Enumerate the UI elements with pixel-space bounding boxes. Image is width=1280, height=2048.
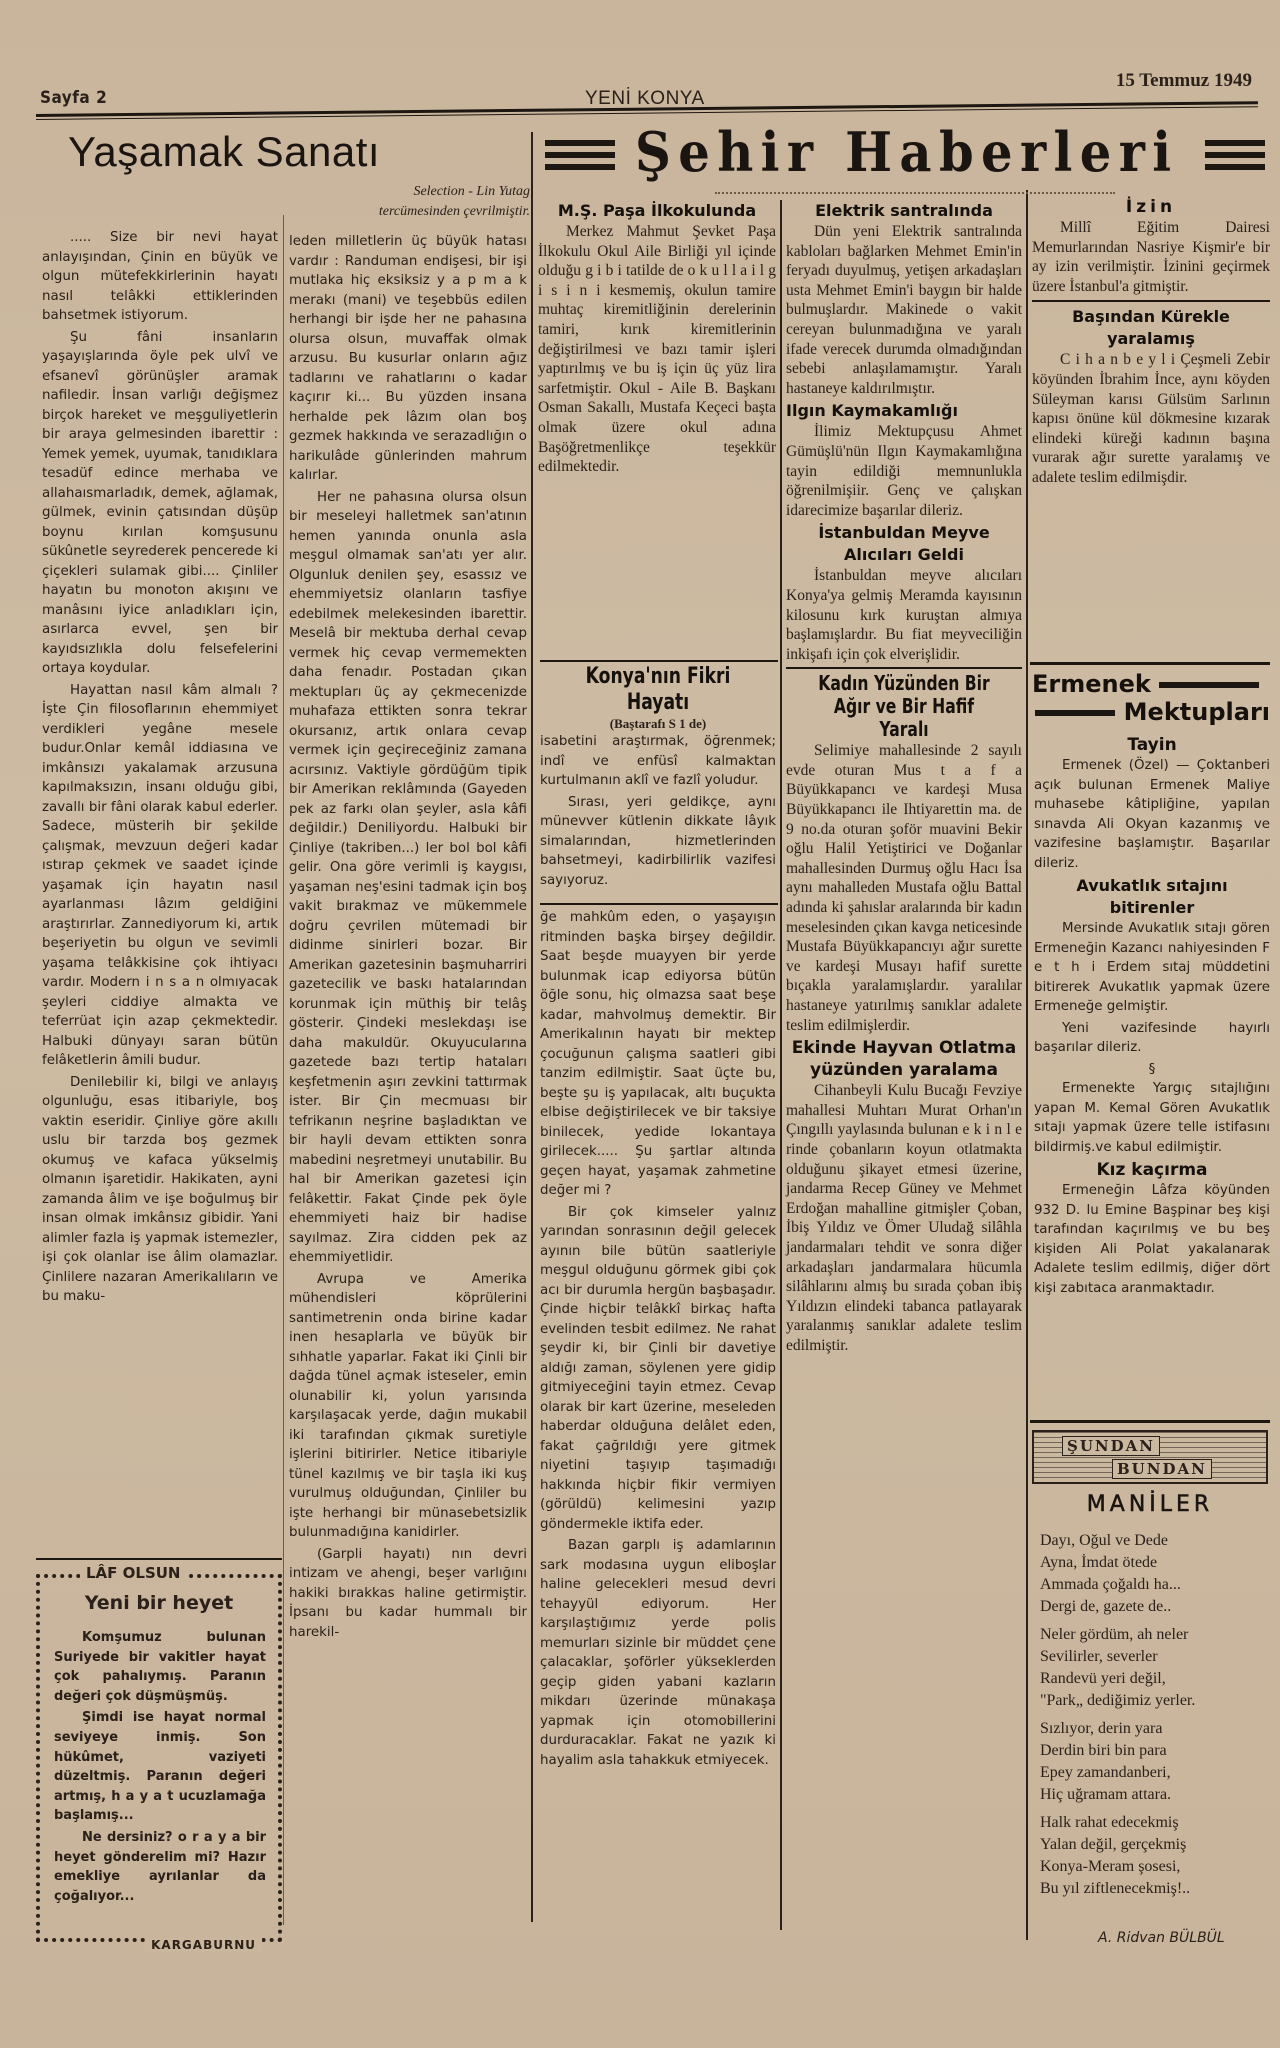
poem-line: Ammada çoğaldı ha... — [1040, 1574, 1270, 1596]
section-banner: Şehir Haberleri — [545, 120, 1265, 190]
paragraph: isabetini araştırmak, öğrenmek; indî ve … — [540, 732, 776, 791]
paragraph: Ermenek (Özel) — Çoktanberi açık bulunan… — [1034, 756, 1270, 873]
headline-istanbul: İstanbuldan Meyve Alıcıları Geldi — [786, 522, 1022, 566]
article-kiz-kacirma: Ermeneğin Lâfza köyünden 932 D. lu Emine… — [1034, 1181, 1270, 1298]
headline-ilgin: Ilgın Kaymakamlığı — [786, 400, 1022, 422]
paragraph: C i h a n b e y l i Çeşmeli Zebir köyünd… — [1032, 350, 1270, 487]
article-source: Selection - Lin Yutag tercümesinden çevr… — [300, 182, 530, 222]
yasamak-column-1: ..... Size bir nevi hayat anlayışından, … — [42, 228, 278, 1309]
city-news-column-3: İzin Millî Eğitim Dairesi Memurlarından … — [1032, 196, 1270, 490]
paragraph: İstanbuldan meyve alıcıları Konya'ya gel… — [786, 566, 1022, 664]
source-line: tercümesinden çevrilmiştir. — [300, 202, 530, 222]
sundan-bundan-header: ŞUNDAN BUNDAN — [1032, 1430, 1268, 1484]
paragraph: Ermenekte Yargıç sıtajlığını yapan M. Ke… — [1034, 1079, 1270, 1157]
yasamak-column-2: leden milletlerin üç büyük hatası vardır… — [289, 232, 527, 1644]
headline-basindan: Başından Kürekle yaralamış — [1032, 306, 1270, 350]
poem-line: Halk rahat edecekmiş — [1040, 1812, 1270, 1834]
paragraph: Bir çok kimseler yalnız yarından sonrası… — [540, 1203, 776, 1535]
paragraph: Her ne pahasına olursa olsun bir meseley… — [289, 488, 527, 1268]
decorative-wavy-line — [715, 188, 1115, 194]
article-ilgin: İlimiz Mektupçusu Ahmet Gümüşlü'nün Ilgı… — [786, 422, 1022, 520]
column-rule — [780, 200, 782, 1930]
headline-ms-pasa: M.Ş. Paşa İlkokulunda — [538, 200, 776, 222]
page-number: Sayfa 2 — [40, 88, 107, 108]
issue-date: 15 Temmuz 1949 — [1116, 70, 1252, 92]
poem-line: "Park„ dediğimiz yerler. — [1040, 1690, 1270, 1712]
article-tayin: Ermenek (Özel) — Çoktanberi açık bulunan… — [1034, 756, 1270, 873]
header-word: ŞUNDAN — [1062, 1436, 1160, 1456]
section-divider — [540, 660, 778, 662]
article-izin: Millî Eğitim Dairesi Memurlarından Nasri… — [1032, 218, 1270, 296]
poem-stanza: Dayı, Oğul ve Dede Ayna, İmdat ötede Amm… — [1040, 1530, 1270, 1618]
paragraph: Millî Eğitim Dairesi Memurlarından Nasri… — [1032, 218, 1270, 296]
section-divider — [1030, 662, 1270, 665]
paragraph: Komşumuz bulunan Suriyede bir vakitler h… — [54, 1628, 266, 1706]
poem: Dayı, Oğul ve Dede Ayna, İmdat ötede Amm… — [1040, 1530, 1270, 1906]
box-text: Komşumuz bulunan Suriyede bir vakitler h… — [54, 1628, 266, 1908]
continued-note: (Baştarafı S 1 de) — [540, 716, 776, 732]
poem-line: Randevü yeri değil, — [1040, 1668, 1270, 1690]
yasamak-continuation: ğe mahkûm eden, o yaşayışın ritminden ba… — [540, 908, 776, 1772]
banner-bars-left — [545, 140, 615, 176]
paragraph: Avrupa ve Amerika mühendisleri köprüleri… — [289, 1270, 527, 1543]
paragraph: Şu fâni insanların yaşayışlarında öyle p… — [42, 328, 278, 679]
headline-tayin: Tayin — [1034, 734, 1270, 756]
section-title: Şehir Haberleri — [635, 120, 1179, 184]
paragraph: Mersinde Avukatlık sıtajı gören Ermeneği… — [1034, 919, 1270, 1017]
headline-ekinde: Ekinde Hayvan Otlatma yüzünden yaralama — [786, 1037, 1022, 1081]
paragraph: Yeni vazifesinde hayırlı başarılar diler… — [1034, 1019, 1270, 1058]
signature: KARGABURNU — [145, 1938, 262, 1952]
newspaper-page: Sayfa 2 YENİ KONYA 15 Temmuz 1949 Yaşama… — [0, 0, 1280, 2048]
paragraph: Cihanbeyli Kulu Bucağı Fevziye mahallesi… — [786, 1081, 1022, 1355]
box-title: Yeni bir heyet — [40, 1592, 278, 1614]
headline-kiz-kacirma: Kız kaçırma — [1034, 1159, 1270, 1181]
paragraph: Denilebilir ki, bilgi ve anlayış olgunlu… — [42, 1073, 278, 1307]
konya-fikri-hayati: Konya'nın Fikri Hayatı (Baştarafı S 1 de… — [540, 664, 776, 892]
section-divider — [786, 667, 1022, 669]
paragraph: Sırası, yeri geldikçe, aynı münevver küt… — [540, 793, 776, 891]
poem-line: Dayı, Oğul ve Dede — [1040, 1530, 1270, 1552]
paragraph: Şimdi ise hayat normal seviyeye inmiş. S… — [54, 1708, 266, 1826]
ermenek-header: Ermenek Mektupları — [1032, 670, 1270, 726]
paragraph: Dün yeni Elektrik santralında kabloları … — [786, 222, 1022, 398]
column-rule — [531, 132, 533, 1922]
poem-line: Dergi de, gazete de.. — [1040, 1596, 1270, 1618]
paragraph: Merkez Mahmut Şevket Paşa İlkokulu Okul … — [538, 222, 776, 477]
headline-kadin: Kadın Yüzünden Bir Ağır ve Bir Hafif Yar… — [812, 672, 996, 741]
paragraph: (Garpli hayatı) nın devri intizam ve ahe… — [289, 1545, 527, 1643]
poem-stanza: Neler gördüm, ah neler Sevilirler, sever… — [1040, 1624, 1270, 1712]
poem-line: Bu yıl ziftlenecekmiş!.. — [1040, 1878, 1270, 1900]
paragraph: leden milletlerin üç büyük hatası vardır… — [289, 232, 527, 486]
header-word: Ermenek — [1032, 670, 1151, 698]
header-word: Mektupları — [1124, 698, 1270, 726]
section-divider — [1032, 300, 1270, 302]
poem-author: A. Ridvan BÜLBÜL — [1098, 1930, 1225, 1946]
header-bars — [1159, 682, 1259, 688]
poem-line: Epey zamandanberi, — [1040, 1762, 1270, 1784]
paragraph: ğe mahkûm eden, o yaşayışın ritminden ba… — [540, 908, 776, 1201]
source-line: Selection - Lin Yutag — [300, 182, 530, 202]
ermenek-column: Tayin Ermenek (Özel) — Çoktanberi açık b… — [1034, 734, 1270, 1300]
poem-stanza: Sızlıyor, derin yara Derdin biri bin par… — [1040, 1718, 1270, 1806]
separator-symbol: § — [1034, 1060, 1270, 1080]
section-divider — [540, 903, 778, 905]
poem-line: Konya-Meram şosesi, — [1040, 1856, 1270, 1878]
poem-line: Derdin biri bin para — [1040, 1740, 1270, 1762]
poem-line: Yalan değil, gerçekmiş — [1040, 1834, 1270, 1856]
article-ekinde: Cihanbeyli Kulu Bucağı Fevziye mahallesi… — [786, 1081, 1022, 1355]
banner-bars-right — [1205, 140, 1265, 176]
article-elektrik: Dün yeni Elektrik santralında kabloları … — [786, 222, 1022, 398]
city-news-column-2: Elektrik santralında Dün yeni Elektrik s… — [786, 200, 1022, 1358]
poem-line: Sevilirler, severler — [1040, 1646, 1270, 1668]
paragraph: Bazan garplı iş adamlarının sark modasın… — [540, 1536, 776, 1770]
paragraph: İlimiz Mektupçusu Ahmet Gümüşlü'nün Ilgı… — [786, 422, 1022, 520]
article-kadin: Selimiye mahallesinde 2 sayılı evde otur… — [786, 741, 1022, 1035]
headline-konya-fikri: Konya'nın Fikri Hayatı — [566, 664, 750, 716]
poem-line: Neler gördüm, ah neler — [1040, 1624, 1270, 1646]
paragraph: Selimiye mahallesinde 2 sayılı evde otur… — [786, 741, 1022, 1035]
article-avukatlik: Mersinde Avukatlık sıtajı gören Ermeneği… — [1034, 919, 1270, 1157]
header-word: BUNDAN — [1112, 1459, 1212, 1479]
paragraph: ..... Size bir nevi hayat anlayışından, … — [42, 228, 278, 326]
headline-elektrik: Elektrik santralında — [786, 200, 1022, 222]
poem-line: Hiç uğramam attara. — [1040, 1784, 1270, 1806]
article-ms-pasa: Merkez Mahmut Şevket Paşa İlkokulu Okul … — [538, 222, 776, 477]
article-istanbul: İstanbuldan meyve alıcıları Konya'ya gel… — [786, 566, 1022, 664]
article-text: isabetini araştırmak, öğrenmek; indî ve … — [540, 732, 776, 890]
poem-line: Ayna, İmdat ötede — [1040, 1552, 1270, 1574]
column-rule — [1026, 190, 1028, 1940]
poem-line: Sızlıyor, derin yara — [1040, 1718, 1270, 1740]
column-label: LÂF OLSUN — [80, 1564, 186, 1582]
section-divider — [1030, 1420, 1270, 1423]
poem-stanza: Halk rahat edecekmiş Yalan değil, gerçek… — [1040, 1812, 1270, 1900]
headline-izin: İzin — [1032, 196, 1270, 218]
section-divider — [36, 1558, 282, 1560]
column-rule — [283, 215, 284, 1925]
paragraph: Ermeneğin Lâfza köyünden 932 D. lu Emine… — [1034, 1181, 1270, 1298]
article-basindan: C i h a n b e y l i Çeşmeli Zebir köyünd… — [1032, 350, 1270, 487]
city-news-column-1: M.Ş. Paşa İlkokulunda Merkez Mahmut Şevk… — [538, 200, 776, 479]
laf-olsun-box: LÂF OLSUN Yeni bir heyet Komşumuz buluna… — [36, 1574, 282, 1942]
article-headline-yasamak-sanati: Yaşamak Sanatı — [68, 128, 380, 176]
headline-avukatlik: Avukatlık sıtajını bitirenler — [1034, 875, 1270, 919]
header-bars — [1035, 710, 1115, 716]
poem-section-title: MANİLER — [1032, 1492, 1268, 1517]
paragraph: Hayattan nasıl kâm almalı ? İşte Çin fil… — [42, 681, 278, 1071]
paragraph: Ne dersiniz? o r a y a bir heyet göndere… — [54, 1828, 266, 1906]
